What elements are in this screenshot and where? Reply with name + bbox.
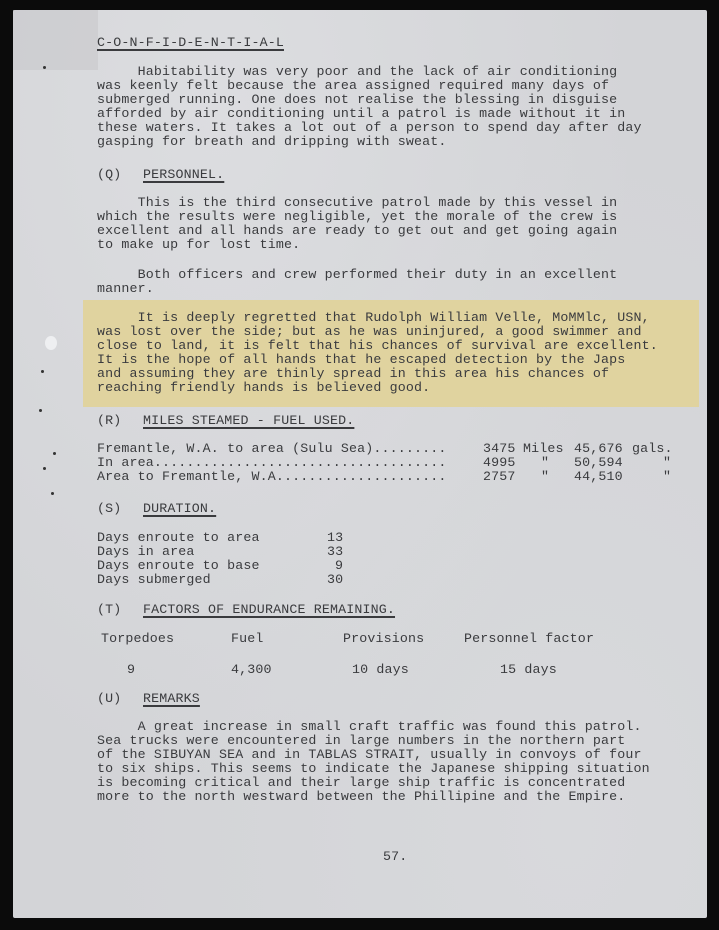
route: Area to Fremantle, W.A..................… [97, 470, 447, 485]
text-line: Both officers and crew performed their d… [97, 268, 617, 283]
section-heading-duration: DURATION. [143, 502, 216, 517]
document-page: C-O-N-F-I-D-E-N-T-I-A-L Habitability was… [13, 10, 707, 918]
miles-value: 2757 [483, 470, 516, 485]
duration-value: 30 [327, 573, 343, 588]
section-heading-miles: MILES STEAMED - FUEL USED. [143, 414, 354, 429]
classification-header: C-O-N-F-I-D-E-N-T-I-A-L [97, 36, 284, 51]
scan-blot [45, 336, 57, 350]
endurance-value: 9 [127, 663, 135, 678]
section-label-t: (T) [97, 603, 121, 618]
miles-unit: " [541, 470, 549, 485]
fuel-value: 44,510 [574, 470, 623, 485]
text-line: reaching friendly hands is believed good… [97, 381, 430, 396]
endurance-column-header: Provisions [343, 632, 424, 647]
scan-speck [51, 492, 54, 495]
scan-speck [43, 66, 46, 69]
page-number: 57. [383, 850, 407, 865]
section-heading-remarks: REMARKS [143, 692, 200, 707]
endurance-value: 10 days [352, 663, 409, 678]
endurance-column-header: Personnel factor [464, 632, 594, 647]
endurance-column-header: Fuel [231, 632, 264, 647]
text-line: to make up for lost time. [97, 238, 300, 253]
scan-speck [39, 409, 42, 412]
section-label-s: (S) [97, 502, 121, 517]
section-label-q: (Q) [97, 168, 121, 183]
section-heading-endurance: FACTORS OF ENDURANCE REMAINING. [143, 603, 395, 618]
scan-speck [53, 452, 56, 455]
endurance-value: 15 days [500, 663, 557, 678]
text-line: gasping for breath and dripping with swe… [97, 135, 447, 150]
section-heading-personnel: PERSONNEL. [143, 168, 224, 183]
section-label-u: (U) [97, 692, 121, 707]
fuel-unit: " [663, 470, 671, 485]
endurance-column-header: Torpedoes [101, 632, 174, 647]
scan-shade [13, 10, 98, 70]
duration-item: Days submerged [97, 573, 211, 588]
scan-speck [43, 467, 46, 470]
text-line: manner. [97, 282, 154, 297]
endurance-value: 4,300 [231, 663, 272, 678]
text-line: more to the north westward between the P… [97, 790, 625, 805]
scan-speck [41, 370, 44, 373]
section-label-r: (R) [97, 414, 121, 429]
